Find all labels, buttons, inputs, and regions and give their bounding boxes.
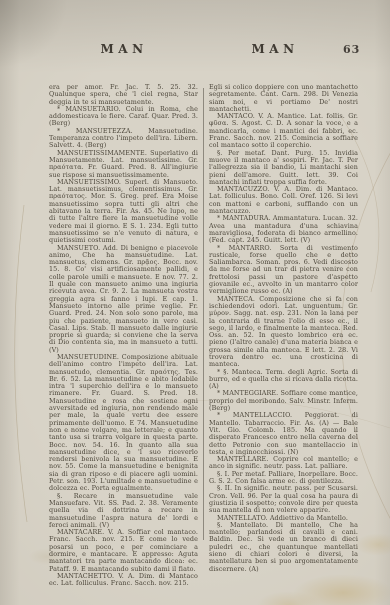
entry-mantellaccio: * MANTELLACCIO. Peggiorat. di Mantello. … (209, 412, 358, 456)
entry-mantadura: * MANTADURA. Ammantatura. Lucan. 32. Ave… (209, 215, 358, 244)
entry-mantellato-cavalli: §. Mantellato. Di mantello, Che ha mante… (209, 522, 358, 573)
entry-manteggiare: * MANTEGGIARE. Soffiare come mantice, pr… (209, 390, 358, 412)
entry-mantachetto-continuation: Egli si colico doppiere con uno mantache… (209, 84, 358, 113)
column-rule (203, 88, 204, 540)
entry-mansuetissimamente: MANSUETISSIMAMENTE. Superlativo di Mansu… (49, 150, 198, 179)
entry-mantacare: MANTACARE. V. A. Soffiar col mantaco. Fr… (49, 529, 198, 573)
entry-continuation: era per amor. Fr. Jac. T. 5. 25. 32. Qua… (49, 84, 198, 106)
entry-mantachetto: MANTACHETTO. V. A. Dim. di Mantaco ec. L… (49, 573, 198, 588)
page-number: 63 (343, 43, 369, 56)
entry-recare-in-mansuetudine: §. Recare in mansuetudine vale Mansuefar… (49, 493, 198, 529)
running-head-left: MAN (50, 42, 198, 56)
entry-mansueto: MANSUETO. Add. Di benigno e piacevole an… (49, 245, 198, 354)
entry-mansuetissimo: MANSUETISSIMO. Superl. di Mansueto. Lat.… (49, 179, 198, 245)
entry-mantarro: * MANTARRO. Sorta di vestimento rustical… (209, 245, 358, 296)
entry-mantaco-metaf: §. Per metaf. Dant. Purg. 15. Invidia mu… (209, 150, 358, 186)
entry-mantellare-metaf: §. I. Per metaf. Palliare, Inorpellare. … (209, 471, 358, 486)
entry-mantellare: MANTELLARE. Coprire col mantello; e anco… (209, 456, 358, 471)
entry-mansuetudine: MANSUETUDINE. Composizione abituale dell… (49, 354, 198, 493)
entry-mansuetario: * MANSUETARIO. Colui in Roma, che addome… (49, 106, 198, 128)
entry-mansuetezza: * MANSUETEZZA. Mansuetudine. Temperanza … (49, 128, 198, 150)
entry-mantacuzzo: MANTACUZZO. V. A. Dim. di Mantaco. Lat. … (209, 186, 358, 215)
entry-manteca: MANTECA. Composizione che si fa con isch… (209, 296, 358, 369)
scanned-dictionary-page: MAN MAN 63 era per amor. Fr. Jac. T. 5. … (0, 0, 390, 605)
right-text-column: Egli si colico doppiere con uno mantache… (209, 84, 358, 573)
entry-mantellare-neutr: §. II. In signific. neutr. pass. per Scu… (209, 485, 358, 514)
left-text-column: era per amor. Fr. Jac. T. 5. 25. 32. Qua… (49, 84, 198, 587)
running-head-right: MAN (205, 42, 345, 56)
entry-mantaco: MANTACO. V. A. Mantice. Lat. follis. Gr.… (209, 113, 358, 149)
entry-manteca-agric: * §. Manteca. Term. degli Agric. Sorta d… (209, 369, 358, 391)
